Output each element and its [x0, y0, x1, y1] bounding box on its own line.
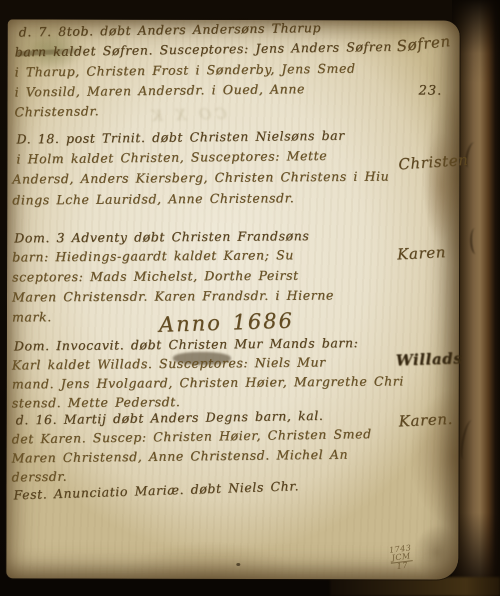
- margin-note: Christen: [398, 151, 469, 174]
- entry-line: stensd. Mette Pedersdt.: [12, 394, 181, 410]
- entry-line: d. 7. 8tob. døbt Anders Andersøns Tharup: [19, 20, 322, 39]
- entry-line: Maren Christensdr. Karen Frandsdr. i Hie…: [12, 287, 334, 304]
- margin-note: Karen: [397, 243, 447, 263]
- entry-line: dings Lche Lauridsd, Anne Christensdr.: [12, 190, 294, 207]
- entry-line: i Vonsild, Maren Andersdr. i Oued, Anne: [14, 81, 305, 99]
- folio-number: 23.: [419, 83, 443, 98]
- entry-line: barn: Hiedings-gaardt kaldet Karen; Su: [12, 247, 294, 264]
- archive-mark: 1743 JCM 17: [383, 544, 420, 573]
- spine-ink-trace: [459, 419, 476, 460]
- archive-mark-line: 17: [385, 560, 420, 572]
- entry-line: derssdr.: [11, 469, 67, 485]
- entry-line: barn kaldet Søfren. Susceptores: Jens An…: [15, 39, 393, 60]
- manuscript-photo: CO X K d. 7. 8tob. døbt Anders Andersøns…: [0, 0, 500, 596]
- edge-stain: [423, 130, 459, 240]
- spine-ink-trace: [469, 227, 483, 254]
- entry-line: Karl kaldet Willads. Susceptores: Niels …: [12, 354, 326, 372]
- entry-line: Dom. Invocavit. døbt Christen Mur Mands …: [14, 335, 359, 353]
- margin-note: Willads: [396, 349, 463, 369]
- entry-line: i Tharup, Christen Frost i Sønderby, Jen…: [15, 61, 356, 80]
- year-heading: Anno 1686: [159, 308, 295, 336]
- entry-line: Christensdr.: [14, 103, 99, 119]
- entry-line: sceptores: Mads Michelst, Dorthe Peirst: [12, 268, 299, 285]
- entry-line: mand. Jens Hvolgaard, Christen Høier, Ma…: [12, 373, 404, 391]
- entry-line: Maren Christensd, Anne Christensd. Miche…: [11, 447, 348, 466]
- binding-shadow: [330, 577, 500, 596]
- bleed-through-text: CO X K: [147, 105, 227, 126]
- entry-line: Andersd, Anders Kiersberg, Christen Chri…: [12, 168, 389, 186]
- entry-line: mark.: [12, 309, 52, 324]
- entry-line: i Holm kaldet Christen, Susceptores: Met…: [16, 148, 327, 167]
- entry-line: Dom. 3 Adventy døbt Christen Frandsøns: [14, 228, 309, 245]
- register-page: CO X K d. 7. 8tob. døbt Anders Andersøns…: [6, 19, 459, 579]
- entry-line: det Karen. Suscep: Christen Høier, Chris…: [12, 426, 372, 446]
- ink-speck: [236, 563, 240, 566]
- margin-note: Søfren: [396, 32, 452, 55]
- margin-note: Karen.: [398, 410, 453, 431]
- entry-line: d. 16. Martij døbt Anders Degns barn, ka…: [16, 408, 324, 428]
- entry-line: D. 18. post Trinit. døbt Christen Nielsø…: [16, 128, 345, 147]
